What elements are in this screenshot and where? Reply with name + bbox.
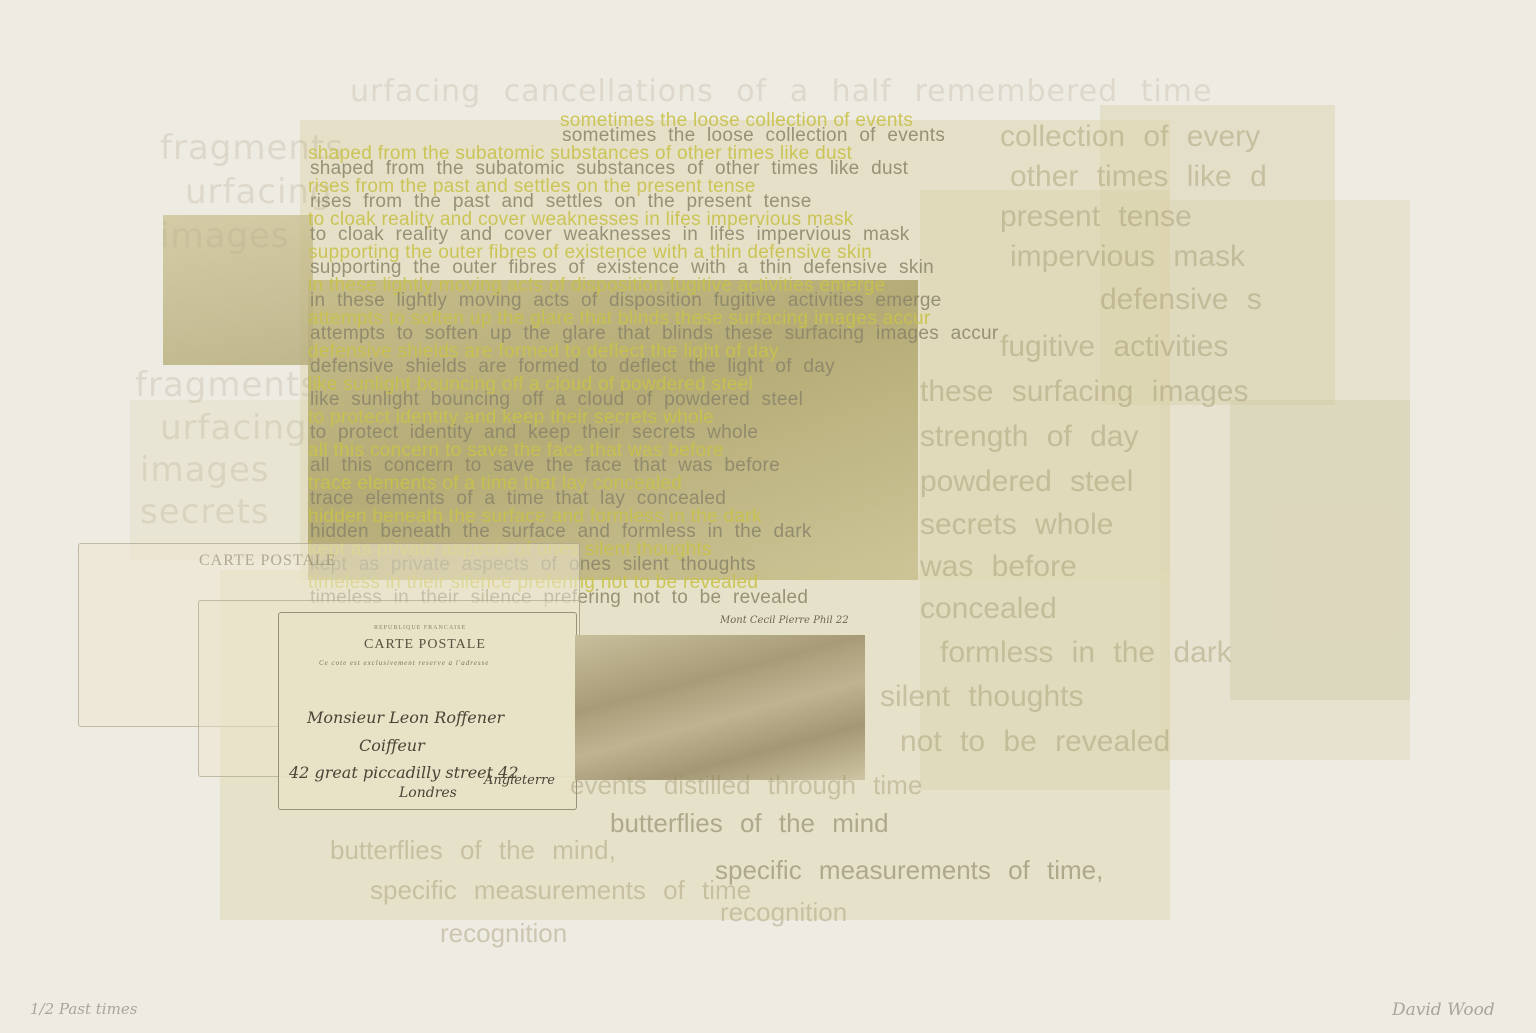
lower-text-butterflies-2: butterflies of the mind, (330, 835, 616, 866)
landscape-photo-postcard (575, 635, 865, 780)
postcard-front: REPUBLIQUE FRANCAISE CARTE POSTALE Ce co… (278, 612, 577, 810)
artist-signature: David Wood (1392, 1000, 1495, 1020)
echo-line: silent thoughts (880, 680, 1083, 714)
photo-caption: Mont Cecil Pierre Phil 22 (720, 615, 849, 626)
lower-text-recognition-2: recognition (440, 918, 567, 949)
ghost-text-secrets: secrets (140, 492, 270, 532)
lower-text-measurements-1: specific measurements of time, (715, 855, 1103, 886)
lower-text-distilled: events distilled through time (570, 770, 922, 801)
ghost-text-urfacing-2: urfacing (160, 408, 308, 448)
edition-inscription: 1/2 Past times (30, 1000, 137, 1018)
ghost-text-images-2: images (140, 450, 270, 490)
ghost-text-fragments-2: fragments (135, 365, 319, 405)
postcard-back-title: CARTE POSTALE (199, 552, 336, 570)
postcard-address-line4: Londres (399, 785, 457, 801)
ghost-text-top: urfacing cancellations of a half remembe… (350, 74, 1212, 109)
lower-text-butterflies-1: butterflies of the mind (610, 808, 889, 839)
lower-text-recognition-1: recognition (720, 897, 847, 928)
postcard-address-line2: Coiffeur (359, 736, 425, 755)
echo-line: not to be revealed (900, 725, 1170, 759)
postcard-address-line5: Angleterre (484, 773, 555, 788)
ghost-text-images-1: images (160, 216, 290, 256)
wash-panel-far-right (1230, 400, 1410, 700)
postcard-title: CARTE POSTALE (364, 637, 486, 653)
poem-block: sometimes the loose collection of events… (308, 112, 1128, 607)
echo-line: formless in the dark (940, 636, 1232, 670)
postcard-subtitle: Ce cote est exclusivement reserve a l'ad… (319, 659, 489, 667)
postcard-header-small: REPUBLIQUE FRANCAISE (374, 625, 466, 631)
lower-text-measurements-2: specific measurements of time (370, 875, 751, 906)
postcard-address-line1: Monsieur Leon Roffener (307, 708, 504, 727)
